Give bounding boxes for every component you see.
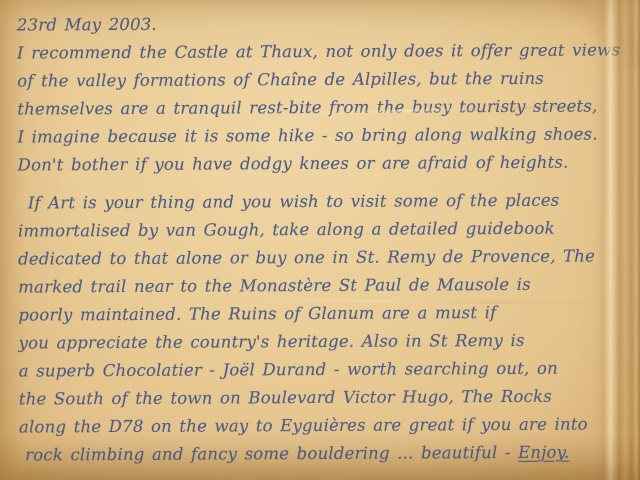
note-date: 23rd May 2003. — [17, 8, 602, 39]
note-line: immortalised by van Gough, take along a … — [18, 214, 603, 245]
note-line: poorly maintained. The Ruins of Glanum a… — [18, 298, 603, 329]
note-line: dedicated to that alone or buy one in St… — [18, 242, 603, 273]
note-line: of the valley formations of Chaîne de Al… — [17, 64, 602, 95]
paragraph-castle: I recommend the Castle at Thaux, not onl… — [17, 36, 603, 179]
note-line: the South of the town on Boulevard Victo… — [19, 382, 604, 413]
note-line: themselves are a tranquil rest-bite from… — [17, 92, 602, 123]
closing-word-underlined: Enjoy. — [518, 443, 569, 462]
note-line: If Art is your thing and you wish to vis… — [18, 186, 603, 217]
note-line: I recommend the Castle at Thaux, not onl… — [17, 36, 602, 67]
note-line-closing: rock climbing and fancy some bouldering … — [19, 438, 604, 469]
paragraph-art-and-sights: If Art is your thing and you wish to vis… — [18, 186, 604, 469]
note-line: along the D78 on the way to Eyguières ar… — [19, 410, 604, 441]
handwritten-note: 23rd May 2003. I recommend the Castle at… — [17, 8, 604, 469]
note-line: Don't bother if you have dodgy knees or … — [18, 148, 603, 179]
note-line: a superb Chocolatier - Joël Durand - wor… — [19, 354, 604, 385]
closing-text: rock climbing and fancy some bouldering … — [25, 443, 518, 465]
note-line: marked trail near to the Monastère St Pa… — [18, 270, 603, 301]
note-line: I imagine because it is some hike - so b… — [17, 120, 602, 151]
note-line: you appreciate the country's heritage. A… — [18, 326, 603, 357]
notebook-page: 23rd May 2003. I recommend the Castle at… — [0, 0, 640, 480]
